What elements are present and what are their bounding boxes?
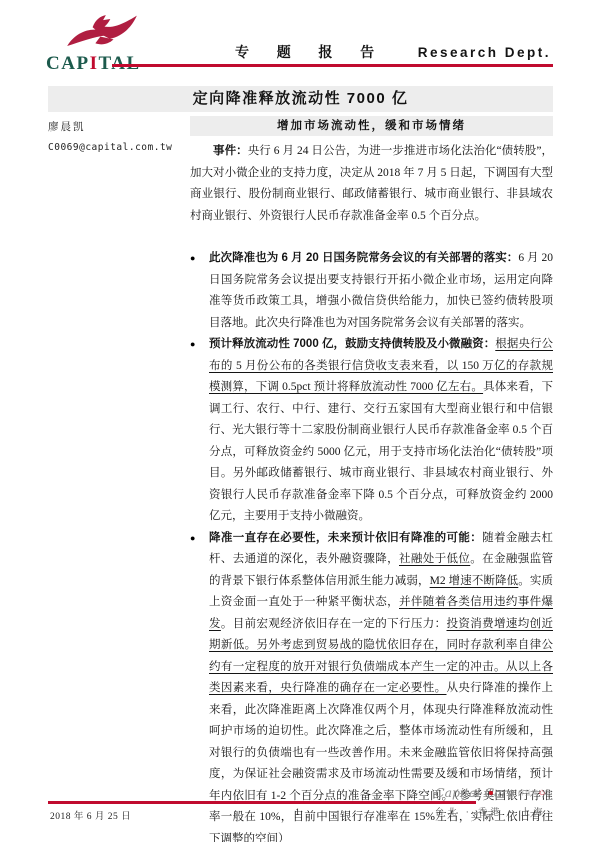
report-body: 事件：央行 6 月 24 日公告，为进一步推进市场化法治化“债转股”，加大对小微… [190,141,553,842]
author-email[interactable]: C0069@capital.com.tw [48,142,183,153]
bullet-list: ●此次降准也为 6 月 20 日国务院常务会议的有关部署的落实：6 月 20 日… [190,248,553,842]
header-rule [112,64,553,67]
text-run: 事件： [213,145,248,157]
capital-care-logo: Capital Care群益關心您 [435,785,555,800]
brand-text-post: are [494,785,515,800]
text-run: M2 增速不断降低 [430,575,519,587]
text-run: 具体来看，下调工行、农行、中行、建行、交行五家国有大型商业银行和中信银行、光大银… [209,381,553,522]
research-dept-label: Research Dept. [418,45,551,60]
eagle-icon [50,14,154,56]
text-run: 此次降准也为 6 月 20 日国务院常务会议的有关部署的落实： [209,252,518,264]
brand-cities: 台北 · 香港 · 上海 [435,805,555,818]
author-name: 廖晨凯 [48,119,183,134]
event-paragraph: 事件：央行 6 月 24 日公告，为进一步推进市场化法治化“债转股”，加大对小微… [190,141,553,227]
page-title: 定向降准释放流动性 7000 亿 [48,86,553,112]
header-titles: 专 题 报 告 Research Dept. [235,42,551,62]
logo-text-pre: CAP [46,53,90,74]
slogan-post: 您 [546,791,553,797]
subtitle: 增加市场流动性，缓和市场情绪 [190,116,553,136]
text-run: 。目前宏观经济依旧存在一定的下行压力： [221,618,447,630]
brand-text-pre: Capital [435,785,484,800]
report-page: CAPITAL 专 题 报 告 Research Dept. 定向降准释放流动性… [0,0,595,842]
text-run: 社融处于低位 [399,553,470,565]
bullet-marker: ● [190,248,195,270]
brand-slogan: 群益關心您 [518,791,553,797]
slogan-pre: 群益關 [518,791,539,797]
text-run: 降准一直存在必要性，未来预计依旧有降准的可能： [209,532,482,544]
slogan-heart-char: 心 [539,791,546,797]
brand-c-with-dot: C [484,785,494,800]
bullet-marker: ● [190,334,195,356]
bullet-marker: ● [190,528,195,550]
footer-brand: Capital Care群益關心您 台北 · 香港 · 上海 [435,785,555,818]
report-type-label: 专 题 报 告 [235,42,386,62]
text-run: 从央行降准的操作上来看，此次降准距离上次降准仅两个月，体现央行降准释放流动性呵护… [209,682,553,842]
bullet-item: ●预计释放流动性 7000 亿，鼓励支持债转股及小微融资：根据央行公布的 5 月… [190,334,553,528]
footer-rule [48,801,476,804]
author-block: 廖晨凯 C0069@capital.com.tw [48,119,183,153]
text-run: 预计释放流动性 7000 亿，鼓励支持债转股及小微融资： [209,338,495,350]
bullet-item: ●此次降准也为 6 月 20 日国务院常务会议的有关部署的落实：6 月 20 日… [190,248,553,334]
